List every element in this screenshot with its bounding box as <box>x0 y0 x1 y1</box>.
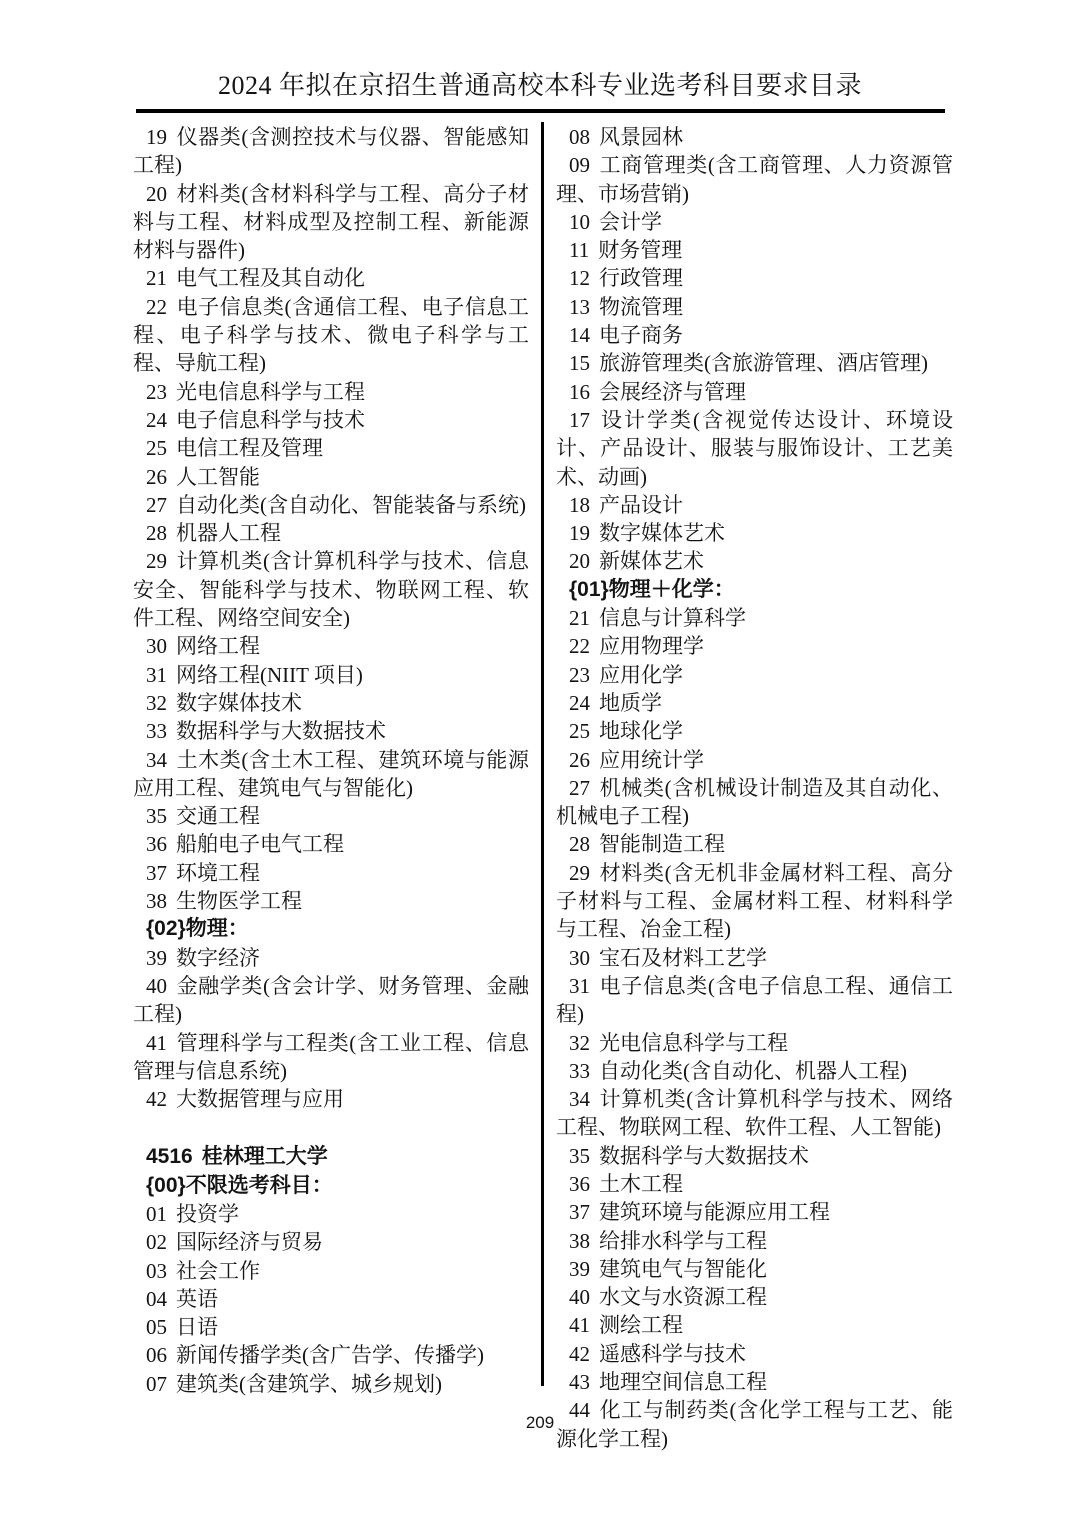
entry-number: 33 <box>569 1059 590 1083</box>
entry-number: 42 <box>146 1087 167 1111</box>
entry-label: 光电信息科学与工程 <box>599 1031 788 1055</box>
entry-number: 08 <box>569 125 590 149</box>
entry-label: 应用统计学 <box>599 748 704 772</box>
entry-label: 机器人工程 <box>176 521 281 545</box>
catalog-entry: 26应用统计学 <box>556 746 953 774</box>
entry-label: 数字媒体艺术 <box>599 521 725 545</box>
entry-label: 电子信息类(含电子信息工程、通信工程) <box>556 974 953 1026</box>
catalog-entry: 01投资学 <box>133 1200 529 1228</box>
entry-number: 06 <box>146 1343 167 1367</box>
catalog-entry: 38给排水科学与工程 <box>556 1227 953 1255</box>
entry-number: 16 <box>569 380 590 404</box>
entry-label: 计算机类(含计算机科学与技术、信息安全、智能科学与技术、物联网工程、软件工程、网… <box>133 549 529 630</box>
entry-number: 37 <box>569 1200 590 1224</box>
entry-label: 智能制造工程 <box>599 832 725 856</box>
entry-label: 应用物理学 <box>599 634 704 658</box>
entry-label: 电子信息类(含通信工程、电子信息工程、电子科学与技术、微电子科学与工程、导航工程… <box>133 295 529 376</box>
entry-number: 10 <box>569 210 590 234</box>
entry-label: 社会工作 <box>176 1259 260 1283</box>
catalog-entry: 40水文与水资源工程 <box>556 1283 953 1311</box>
page-title: 2024 年拟在京招生普通高校本科专业选考科目要求目录 <box>0 70 1080 102</box>
catalog-entry: 24地质学 <box>556 689 953 717</box>
entry-number: 21 <box>569 606 590 630</box>
entry-number: 25 <box>569 719 590 743</box>
school-header: 4516桂林理工大学 <box>133 1143 529 1171</box>
entry-label: 地球化学 <box>599 719 683 743</box>
entry-label: 遥感科学与技术 <box>599 1342 746 1366</box>
entry-number: 38 <box>569 1229 590 1253</box>
catalog-entry: 34土木类(含土木工程、建筑环境与能源应用工程、建筑电气与智能化) <box>133 746 529 803</box>
entry-label: 建筑电气与智能化 <box>599 1257 767 1281</box>
catalog-entry: 32光电信息科学与工程 <box>556 1029 953 1057</box>
entry-label: {01}物理＋化学： <box>569 578 735 601</box>
entry-number: 39 <box>146 946 167 970</box>
entry-label: 投资学 <box>176 1202 239 1226</box>
entry-number: 27 <box>146 493 167 517</box>
entry-label: 计算机类(含计算机科学与技术、网络工程、物联网工程、软件工程、人工智能) <box>556 1087 953 1139</box>
catalog-entry: 07建筑类(含建筑学、城乡规划) <box>133 1370 529 1398</box>
entry-number: 29 <box>146 549 167 573</box>
entry-label: 船舶电子电气工程 <box>176 832 344 856</box>
catalog-entry: 10会计学 <box>556 208 953 236</box>
section-header: {01}物理＋化学： <box>556 576 953 604</box>
entry-label: 新闻传播学类(含广告学、传播学) <box>176 1343 484 1367</box>
entry-number: 28 <box>146 521 167 545</box>
catalog-entry: 03社会工作 <box>133 1257 529 1285</box>
entry-number: 37 <box>146 861 167 885</box>
catalog-entry: 20材料类(含材料科学与工程、高分子材料与工程、材料成型及控制工程、新能源材料与… <box>133 180 529 265</box>
catalog-entry: 22应用物理学 <box>556 632 953 660</box>
entry-label: 人工智能 <box>176 465 260 489</box>
entry-number: 17 <box>569 408 590 432</box>
entry-label: 给排水科学与工程 <box>599 1229 767 1253</box>
entry-label: 环境工程 <box>176 861 260 885</box>
entry-number: 36 <box>569 1172 590 1196</box>
entry-number: 39 <box>569 1257 590 1281</box>
entry-number: 20 <box>146 182 167 206</box>
entry-number: 27 <box>569 776 590 800</box>
entry-label: 地质学 <box>599 691 662 715</box>
catalog-entry: 23应用化学 <box>556 661 953 689</box>
column-left: 19仪器类(含测控技术与仪器、智能感知工程)20材料类(含材料科学与工程、高分子… <box>133 123 529 1398</box>
entry-number: 34 <box>146 748 167 772</box>
catalog-entry: 42大数据管理与应用 <box>133 1085 529 1113</box>
catalog-entry: 31网络工程(NIIT 项目) <box>133 661 529 689</box>
catalog-entry: 33数据科学与大数据技术 <box>133 717 529 745</box>
entry-label: {02}物理： <box>146 917 249 940</box>
entry-label: 国际经济与贸易 <box>176 1230 323 1254</box>
entry-number: 43 <box>569 1370 590 1394</box>
entry-label: 风景园林 <box>599 125 683 149</box>
catalog-entry: 18产品设计 <box>556 491 953 519</box>
catalog-entry: 19仪器类(含测控技术与仪器、智能感知工程) <box>133 123 529 180</box>
section-header: {02}物理： <box>133 915 529 943</box>
catalog-entry: 04英语 <box>133 1285 529 1313</box>
entry-number: 30 <box>146 634 167 658</box>
entry-label: 自动化类(含自动化、机器人工程) <box>599 1059 907 1083</box>
entry-label: 会展经济与管理 <box>599 380 746 404</box>
catalog-entry: 25电信工程及管理 <box>133 434 529 462</box>
entry-number: 34 <box>569 1087 590 1111</box>
entry-number: 19 <box>569 521 590 545</box>
catalog-entry: 43地理空间信息工程 <box>556 1368 953 1396</box>
entry-number: 33 <box>146 719 167 743</box>
entry-number: 09 <box>569 153 590 177</box>
entry-label: 信息与计算科学 <box>599 606 746 630</box>
catalog-entry: 19数字媒体艺术 <box>556 519 953 547</box>
catalog-entry: 17设计学类(含视觉传达设计、环境设计、产品设计、服装与服饰设计、工艺美术、动画… <box>556 406 953 491</box>
entry-number: 36 <box>146 832 167 856</box>
catalog-entry: 33自动化类(含自动化、机器人工程) <box>556 1057 953 1085</box>
catalog-entry: 06新闻传播学类(含广告学、传播学) <box>133 1341 529 1369</box>
catalog-entry: 14电子商务 <box>556 321 953 349</box>
catalog-entry: 11财务管理 <box>556 236 953 264</box>
catalog-entry: 28智能制造工程 <box>556 830 953 858</box>
entry-label: 设计学类(含视觉传达设计、环境设计、产品设计、服装与服饰设计、工艺美术、动画) <box>556 408 953 489</box>
entry-label: 金融学类(含会计学、财务管理、金融工程) <box>133 974 529 1026</box>
page-number: 209 <box>0 1413 1080 1433</box>
entry-number: 02 <box>146 1230 167 1254</box>
catalog-entry: 35数据科学与大数据技术 <box>556 1142 953 1170</box>
catalog-entry: 05日语 <box>133 1313 529 1341</box>
catalog-entry: 42遥感科学与技术 <box>556 1340 953 1368</box>
catalog-entry: 16会展经济与管理 <box>556 378 953 406</box>
entry-label: 测绘工程 <box>599 1313 683 1337</box>
entry-label: 网络工程 <box>176 634 260 658</box>
entry-label: {00}不限选考科目： <box>146 1174 333 1197</box>
entry-number: 12 <box>569 266 590 290</box>
entry-number: 20 <box>569 549 590 573</box>
entry-number: 19 <box>146 125 167 149</box>
catalog-entry: 35交通工程 <box>133 802 529 830</box>
catalog-entry: 29计算机类(含计算机科学与技术、信息安全、智能科学与技术、物联网工程、软件工程… <box>133 547 529 632</box>
catalog-entry: 37环境工程 <box>133 859 529 887</box>
entry-label: 行政管理 <box>599 266 683 290</box>
entry-label: 地理空间信息工程 <box>599 1370 767 1394</box>
entry-number: 40 <box>146 974 167 998</box>
catalog-entry: 21信息与计算科学 <box>556 604 953 632</box>
entry-label: 物流管理 <box>599 295 683 319</box>
entry-label: 电子商务 <box>599 323 683 347</box>
entry-number: 32 <box>569 1031 590 1055</box>
entry-number: 42 <box>569 1342 590 1366</box>
entry-label: 建筑类(含建筑学、城乡规划) <box>176 1372 442 1396</box>
entry-label: 水文与水资源工程 <box>599 1285 767 1309</box>
entry-label: 材料类(含无机非金属材料工程、高分子材料与工程、金属材料工程、材料科学与工程、冶… <box>556 861 953 942</box>
entry-number: 13 <box>569 295 590 319</box>
entry-number: 23 <box>146 380 167 404</box>
column-right: 08风景园林09工商管理类(含工商管理、人力资源管理、市场营销)10会计学11财… <box>556 123 953 1453</box>
catalog-entry: 34计算机类(含计算机科学与技术、网络工程、物联网工程、软件工程、人工智能) <box>556 1085 953 1142</box>
header-rule <box>136 109 945 113</box>
catalog-entry: 12行政管理 <box>556 264 953 292</box>
entry-label: 工商管理类(含工商管理、人力资源管理、市场营销) <box>556 153 953 205</box>
entry-number: 03 <box>146 1259 167 1283</box>
entry-label: 产品设计 <box>599 493 683 517</box>
catalog-entry: 22电子信息类(含通信工程、电子信息工程、电子科学与技术、微电子科学与工程、导航… <box>133 293 529 378</box>
catalog-entry: 25地球化学 <box>556 717 953 745</box>
entry-label: 财务管理 <box>598 238 682 262</box>
entry-number: 35 <box>146 804 167 828</box>
entry-label: 自动化类(含自动化、智能装备与系统) <box>176 493 526 517</box>
entry-number: 38 <box>146 889 167 913</box>
catalog-entry: 38生物医学工程 <box>133 887 529 915</box>
catalog-entry: 29材料类(含无机非金属材料工程、高分子材料与工程、金属材料工程、材料科学与工程… <box>556 859 953 944</box>
entry-number: 04 <box>146 1287 167 1311</box>
entry-number: 21 <box>146 266 167 290</box>
entry-label: 机械类(含机械设计制造及其自动化、机械电子工程) <box>556 776 953 828</box>
section-header: {00}不限选考科目： <box>133 1172 529 1200</box>
catalog-entry: 28机器人工程 <box>133 519 529 547</box>
catalog-entry: 30宝石及材料工艺学 <box>556 944 953 972</box>
catalog-entry: 15旅游管理类(含旅游管理、酒店管理) <box>556 349 953 377</box>
catalog-entry: 27机械类(含机械设计制造及其自动化、机械电子工程) <box>556 774 953 831</box>
entry-label: 数据科学与大数据技术 <box>599 1144 809 1168</box>
entry-number: 32 <box>146 691 167 715</box>
entry-number: 18 <box>569 493 590 517</box>
catalog-entry: 36船舶电子电气工程 <box>133 830 529 858</box>
entry-label: 数字经济 <box>176 946 260 970</box>
catalog-entry: 02国际经济与贸易 <box>133 1228 529 1256</box>
catalog-entry: 23光电信息科学与工程 <box>133 378 529 406</box>
catalog-entry: 39数字经济 <box>133 944 529 972</box>
entry-label: 会计学 <box>599 210 662 234</box>
entry-number: 35 <box>569 1144 590 1168</box>
catalog-entry: 37建筑环境与能源应用工程 <box>556 1198 953 1226</box>
entry-number: 40 <box>569 1285 590 1309</box>
catalog-entry: 32数字媒体技术 <box>133 689 529 717</box>
entry-number: 25 <box>146 436 167 460</box>
entry-label: 英语 <box>176 1287 218 1311</box>
entry-number: 28 <box>569 832 590 856</box>
catalog-entry: 40金融学类(含会计学、财务管理、金融工程) <box>133 972 529 1029</box>
catalog-entry: 30网络工程 <box>133 632 529 660</box>
entry-number: 24 <box>146 408 167 432</box>
entry-label: 旅游管理类(含旅游管理、酒店管理) <box>599 351 928 375</box>
entry-label: 日语 <box>176 1315 218 1339</box>
entry-label: 电信工程及管理 <box>176 436 323 460</box>
entry-number: 24 <box>569 691 590 715</box>
entry-number: 01 <box>146 1202 167 1226</box>
entry-number: 41 <box>569 1313 590 1337</box>
entry-number: 15 <box>569 351 590 375</box>
catalog-entry: 08风景园林 <box>556 123 953 151</box>
catalog-entry: 41测绘工程 <box>556 1311 953 1339</box>
catalog-entry: 21电气工程及其自动化 <box>133 264 529 292</box>
catalog-entry: 26人工智能 <box>133 463 529 491</box>
entry-label: 数字媒体技术 <box>176 691 302 715</box>
entry-label: 管理科学与工程类(含工业工程、信息管理与信息系统) <box>133 1031 529 1083</box>
catalog-entry: 20新媒体艺术 <box>556 547 953 575</box>
entry-number: 05 <box>146 1315 167 1339</box>
entry-label: 新媒体艺术 <box>599 549 704 573</box>
entry-label: 数据科学与大数据技术 <box>176 719 386 743</box>
entry-label: 材料类(含材料科学与工程、高分子材料与工程、材料成型及控制工程、新能源材料与器件… <box>133 182 529 263</box>
entry-number: 07 <box>146 1372 167 1396</box>
catalog-entry: 09工商管理类(含工商管理、人力资源管理、市场营销) <box>556 151 953 208</box>
catalog-entry: 39建筑电气与智能化 <box>556 1255 953 1283</box>
entry-number: 26 <box>569 748 590 772</box>
entry-number: 31 <box>146 663 167 687</box>
entry-number: 31 <box>569 974 590 998</box>
entry-label: 土木类(含土木工程、建筑环境与能源应用工程、建筑电气与智能化) <box>133 748 529 800</box>
entry-label: 建筑环境与能源应用工程 <box>599 1200 830 1224</box>
entry-number: 30 <box>569 946 590 970</box>
entry-number: 22 <box>146 295 167 319</box>
entry-number: 29 <box>569 861 590 885</box>
catalog-entry: 36土木工程 <box>556 1170 953 1198</box>
entry-label: 电子信息科学与技术 <box>176 408 365 432</box>
entry-number: 23 <box>569 663 590 687</box>
entry-label: 网络工程(NIIT 项目) <box>176 663 363 687</box>
entry-label: 应用化学 <box>599 663 683 687</box>
entry-label: 生物医学工程 <box>176 889 302 913</box>
entry-label: 仪器类(含测控技术与仪器、智能感知工程) <box>133 125 529 177</box>
entry-label: 宝石及材料工艺学 <box>599 946 767 970</box>
column-divider <box>541 122 544 1386</box>
entry-number: 14 <box>569 323 590 347</box>
entry-number: 11 <box>569 238 589 262</box>
entry-number: 22 <box>569 634 590 658</box>
entry-label: 土木工程 <box>599 1172 683 1196</box>
catalog-entry: 41管理科学与工程类(含工业工程、信息管理与信息系统) <box>133 1029 529 1086</box>
entry-number: 4516 <box>146 1145 193 1168</box>
entry-number: 26 <box>146 465 167 489</box>
entry-number: 41 <box>146 1031 167 1055</box>
entry-label: 交通工程 <box>176 804 260 828</box>
catalog-entry: 31电子信息类(含电子信息工程、通信工程) <box>556 972 953 1029</box>
catalog-entry: 24电子信息科学与技术 <box>133 406 529 434</box>
catalog-entry: 27自动化类(含自动化、智能装备与系统) <box>133 491 529 519</box>
entry-label: 桂林理工大学 <box>202 1145 328 1168</box>
entry-label: 光电信息科学与工程 <box>176 380 365 404</box>
catalog-entry: 13物流管理 <box>556 293 953 321</box>
entry-label: 大数据管理与应用 <box>176 1087 344 1111</box>
entry-label: 电气工程及其自动化 <box>176 266 365 290</box>
